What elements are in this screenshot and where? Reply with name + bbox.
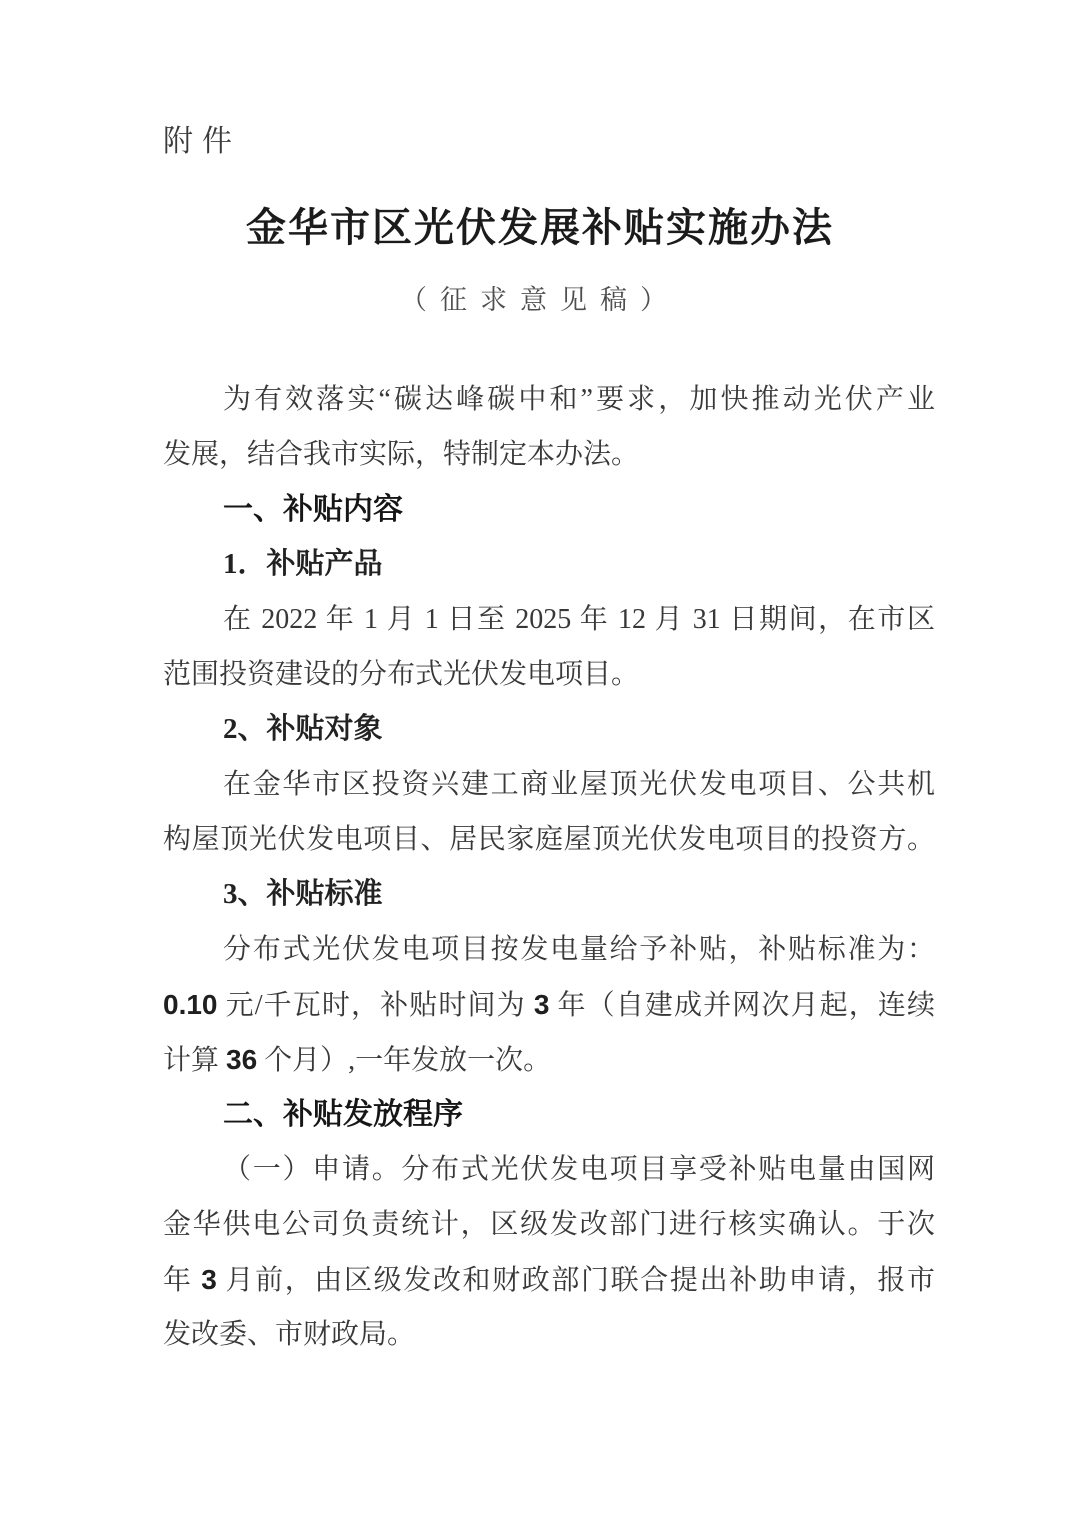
section-1-heading: 一、补贴内容 bbox=[163, 482, 935, 537]
text-run: 年（自建成并网次月起，连续 bbox=[549, 990, 935, 1021]
text-line: 金华供电公司负责统计，区级发改部门进行核实确认。于次 bbox=[163, 1197, 935, 1252]
bold-number: 3 bbox=[534, 989, 550, 1020]
text-line: 分布式光伏发电项目按发电量给予补贴，补贴标准为： bbox=[163, 922, 935, 977]
item-1-heading: 1．补贴产品 bbox=[163, 537, 935, 592]
bold-number: 0.10 bbox=[163, 989, 218, 1020]
document-body: 为有效落实“碳达峰碳中和”要求，加快推动光伏产业发展，结合我市实际，特制定本办法… bbox=[163, 372, 935, 1362]
subsidy-standard-paragraph: 分布式光伏发电项目按发电量给予补贴，补贴标准为：0.10 元/千瓦时，补贴时间为… bbox=[163, 922, 935, 1087]
text-line: 年 3 月前，由区级发改和财政部门联合提出补助申请，报市 bbox=[163, 1252, 935, 1307]
attachment-label: 附件 bbox=[163, 0, 1080, 160]
subsidy-product-paragraph: 在 2022 年 1 月 1 日至 2025 年 12 月 31 日期间，在市区… bbox=[163, 592, 935, 702]
intro-paragraph: 为有效落实“碳达峰碳中和”要求，加快推动光伏产业发展，结合我市实际，特制定本办法… bbox=[163, 372, 935, 482]
text-line: 计算 36 个月）,一年发放一次。 bbox=[163, 1032, 935, 1087]
item-3-heading: 3、补贴标准 bbox=[163, 867, 935, 922]
document-subtitle: （征求意见稿） bbox=[0, 283, 1080, 317]
bold-number: 3 bbox=[201, 1264, 217, 1295]
bold-number: 36 bbox=[226, 1044, 257, 1075]
text-run: 月前，由区级发改和财政部门联合提出补助申请，报市 bbox=[217, 1265, 935, 1296]
text-line: 发展，结合我市实际，特制定本办法。 bbox=[163, 427, 935, 482]
text-line: （一）申请。分布式光伏发电项目享受补贴电量由国网 bbox=[163, 1142, 935, 1197]
text-line: 发改委、市财政局。 bbox=[163, 1307, 935, 1362]
text-run: 个月）,一年发放一次。 bbox=[257, 1045, 551, 1076]
item-2-heading: 2、补贴对象 bbox=[163, 702, 935, 757]
text-line: 构屋顶光伏发电项目、居民家庭屋顶光伏发电项目的投资方。 bbox=[163, 812, 935, 867]
text-run: 年 bbox=[163, 1265, 201, 1296]
subsidy-target-paragraph: 在金华市区投资兴建工商业屋顶光伏发电项目、公共机构屋顶光伏发电项目、居民家庭屋顶… bbox=[163, 757, 935, 867]
text-run: 元/千瓦时，补贴时间为 bbox=[218, 990, 534, 1021]
section-2-heading: 二、补贴发放程序 bbox=[163, 1087, 935, 1142]
text-line: 在 2022 年 1 月 1 日至 2025 年 12 月 31 日期间，在市区 bbox=[163, 592, 935, 647]
document-title: 金华市区光伏发展补贴实施办法 bbox=[0, 203, 1080, 253]
text-line: 为有效落实“碳达峰碳中和”要求，加快推动光伏产业 bbox=[163, 372, 935, 427]
text-line: 在金华市区投资兴建工商业屋顶光伏发电项目、公共机 bbox=[163, 757, 935, 812]
text-line: 0.10 元/千瓦时，补贴时间为 3 年（自建成并网次月起，连续 bbox=[163, 977, 935, 1032]
text-run: 计算 bbox=[163, 1045, 226, 1076]
text-line: 范围投资建设的分布式光伏发电项目。 bbox=[163, 647, 935, 702]
application-paragraph: （一）申请。分布式光伏发电项目享受补贴电量由国网金华供电公司负责统计，区级发改部… bbox=[163, 1142, 935, 1362]
document-page: 附件 金华市区光伏发展补贴实施办法 （征求意见稿） 为有效落实“碳达峰碳中和”要… bbox=[0, 0, 1080, 1527]
